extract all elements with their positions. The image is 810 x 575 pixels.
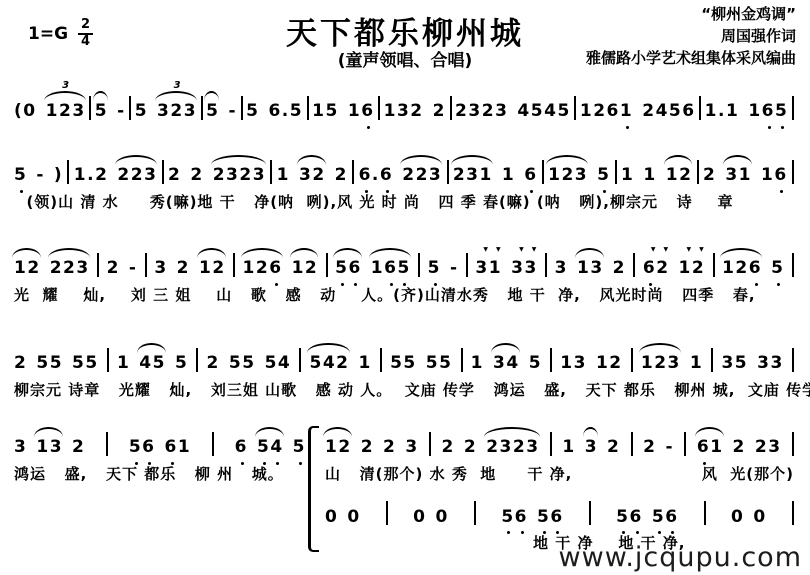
measure: 222323	[168, 152, 266, 186]
note-group: 2323	[213, 152, 266, 186]
music-row: 25555145525554542155551345131212313533	[14, 340, 794, 374]
note-group: 12	[199, 245, 226, 279]
measure: 61223	[697, 424, 782, 458]
note: 1	[46, 102, 59, 121]
note-group: 1	[502, 152, 515, 186]
note: 6	[682, 102, 695, 121]
note: 2	[607, 438, 620, 457]
note-group: 0	[413, 494, 426, 528]
note-group: 123	[641, 340, 681, 374]
slur-arc	[546, 155, 588, 165]
note: 1	[117, 354, 130, 373]
barline	[386, 501, 388, 525]
note-group: 4545	[517, 88, 570, 122]
note-group: 5	[206, 88, 219, 122]
barline	[212, 432, 214, 456]
note: 4	[270, 438, 283, 457]
note: 3	[154, 259, 167, 278]
measure: 5-)	[14, 152, 63, 186]
note-group: 2323	[455, 88, 508, 122]
note: 5	[616, 508, 629, 527]
slur-arc	[93, 91, 108, 101]
note-group: 55	[36, 340, 63, 374]
note-group: 542	[309, 340, 349, 374]
note: 6	[630, 508, 643, 527]
note-group: 1	[621, 152, 634, 186]
lyrics-line: 柳宗元 诗章 光耀 灿, 刘三姐 山歌 感 动 人。 文庙 传学 鸿运 盛, 天…	[14, 379, 794, 400]
note: 3	[493, 354, 506, 373]
note-group: 165	[371, 245, 411, 279]
measure: 1455	[117, 340, 188, 374]
note-group: 2	[207, 340, 220, 374]
note-group: 5	[428, 245, 441, 279]
note: 2	[642, 102, 655, 121]
note: 1	[199, 259, 212, 278]
barline	[162, 160, 164, 184]
low-octave-dot	[521, 531, 524, 534]
note: 5	[293, 438, 306, 457]
barline	[129, 96, 131, 120]
note: 5	[775, 102, 788, 121]
note: 5	[36, 354, 49, 373]
note: 2	[453, 166, 466, 185]
note: 5	[242, 354, 255, 373]
barline	[145, 253, 147, 277]
note-group: -	[129, 245, 138, 279]
note: 2	[256, 259, 269, 278]
note: 1	[312, 102, 325, 121]
note: 2	[27, 259, 40, 278]
note: -	[129, 259, 138, 278]
low-octave-dot	[603, 190, 606, 193]
slur-arc	[323, 427, 352, 437]
note: 5	[531, 102, 544, 121]
measure: 00	[413, 494, 449, 528]
note: 1	[621, 166, 634, 185]
measure: 00	[731, 494, 767, 528]
note: 6	[550, 508, 563, 527]
note-group: 1.1	[705, 88, 740, 122]
measure: 3212	[154, 245, 225, 279]
note: 2	[455, 102, 468, 121]
note: 3	[226, 166, 239, 185]
note: 4	[323, 354, 336, 373]
note-group: 2	[168, 152, 181, 186]
note: 2	[59, 102, 72, 121]
note-group: 2	[190, 152, 203, 186]
note-group: 55	[426, 340, 453, 374]
note: 2	[733, 438, 746, 457]
measure: 1112	[621, 152, 692, 186]
measure: 2-	[643, 424, 674, 458]
note-group: 0	[753, 494, 766, 528]
note: 3	[184, 102, 197, 121]
slur-arc	[115, 155, 157, 165]
slur-arc	[369, 248, 411, 258]
slur-arc	[197, 248, 226, 258]
note: 2	[464, 438, 477, 457]
watermark-url: www.jcqupu.com	[559, 542, 802, 573]
note: 3	[405, 438, 418, 457]
barline	[97, 253, 99, 277]
note: -	[228, 102, 237, 121]
note: 6	[665, 508, 678, 527]
note-group: 2	[613, 245, 626, 279]
note-group: ▼▼62	[643, 245, 670, 279]
low-octave-dot	[299, 462, 302, 465]
measure: 1.2223	[74, 152, 158, 186]
measure: 1.1165	[705, 88, 789, 122]
note: 1	[577, 259, 590, 278]
measure: 2-	[107, 245, 138, 279]
note: 5	[175, 354, 188, 373]
triplet-number: 3	[62, 80, 69, 91]
slur-arc	[491, 343, 520, 353]
note: 5	[771, 259, 784, 278]
barline	[697, 160, 699, 184]
note: 5	[95, 102, 108, 121]
slur-arc	[241, 248, 283, 258]
note: 5	[257, 438, 270, 457]
note: 0	[731, 508, 744, 527]
note-group: 33	[757, 340, 784, 374]
barline	[241, 96, 243, 120]
note-group: 132	[384, 88, 424, 122]
slur-arc	[297, 155, 326, 165]
note: 2	[561, 166, 574, 185]
barline	[550, 348, 552, 372]
barline	[67, 160, 69, 184]
low-octave-dot	[135, 462, 138, 465]
note-group: 3	[585, 424, 598, 458]
note: 6	[643, 259, 656, 278]
upper-lyrics-a: 山 清(那个) 水 秀 地 干 净,	[325, 463, 572, 484]
note: 3	[511, 259, 524, 278]
note-group: 13	[577, 245, 604, 279]
note: 2	[416, 166, 429, 185]
note-group: 6	[235, 424, 248, 458]
music-row: 00005656565600	[325, 494, 794, 528]
note: 1	[277, 166, 290, 185]
upper-voice-notes: 122232223231322-61223	[325, 424, 794, 458]
note-group: 12	[666, 152, 693, 186]
duet-lead-part: 313256616545 鸿运 盛, 天下 都乐 柳 州 城。	[14, 424, 306, 484]
note: 6	[384, 259, 397, 278]
voice-bracket	[308, 426, 319, 552]
note-group: 15	[312, 88, 339, 122]
low-octave-dot	[781, 126, 784, 129]
note: 6	[359, 166, 372, 185]
note: 2	[656, 259, 669, 278]
note-group: 5	[529, 340, 542, 374]
barline	[196, 348, 198, 372]
note-group: 165	[748, 88, 788, 122]
note: 5	[135, 102, 148, 121]
low-octave-dot	[755, 283, 758, 286]
note-group: 12	[14, 245, 41, 279]
low-octave-dot	[367, 126, 370, 129]
note: 6	[697, 438, 710, 457]
note: 6	[380, 166, 393, 185]
note: 2	[335, 166, 348, 185]
duet-chorus-part: 122232223231322-61223 山 清(那个) 水 秀 地 干 净,…	[325, 424, 794, 553]
slur-arc	[400, 155, 442, 165]
note-group: 231	[453, 152, 493, 186]
note-group: 2456	[642, 88, 695, 122]
note-group: 55	[390, 340, 417, 374]
note-group: 3	[555, 245, 568, 279]
measure: 56165	[335, 245, 411, 279]
note-group: 1	[471, 340, 484, 374]
note: 6	[268, 102, 281, 121]
note: 3	[500, 438, 513, 457]
note-group: 2	[383, 424, 396, 458]
note: 4	[278, 354, 291, 373]
note-group: 223	[402, 152, 442, 186]
note: 4	[656, 102, 669, 121]
note-group: -	[117, 88, 126, 122]
note: 1	[348, 102, 361, 121]
low-octave-dot	[386, 190, 389, 193]
note-group: 55	[229, 340, 256, 374]
note-group: 0	[436, 494, 449, 528]
note: 1	[36, 438, 49, 457]
barline	[545, 253, 547, 277]
note: 3	[429, 166, 442, 185]
note-group: 5	[246, 88, 259, 122]
system-verse-1: 5-)1.222322232313226.6223231161235111223…	[14, 152, 794, 212]
note-group: 1261	[580, 88, 633, 122]
measure: 5656	[501, 494, 563, 528]
low-octave-dot	[341, 283, 344, 286]
measure: 1345	[471, 340, 542, 374]
note: 5	[390, 354, 403, 373]
note-group: 23	[755, 424, 782, 458]
measure: 5555	[390, 340, 452, 374]
note: 1	[679, 259, 692, 278]
note-group: 2	[733, 424, 746, 458]
note: 5	[597, 166, 610, 185]
note-group: 223	[50, 245, 90, 279]
measure: 12223	[325, 424, 419, 458]
measure: 3132	[555, 245, 626, 279]
slur-arc	[723, 155, 752, 165]
note-group: 61	[697, 424, 724, 458]
note-group: 3	[405, 424, 418, 458]
note-group: 56	[652, 494, 679, 528]
note: 2	[170, 102, 183, 121]
measure: ▼▼31▼▼33	[475, 245, 537, 279]
measure: 56.5	[246, 88, 303, 122]
note-group: 6.5	[268, 88, 303, 122]
low-octave-dot	[649, 283, 652, 286]
note-group: 32	[299, 152, 326, 186]
note: 2	[692, 259, 705, 278]
barline	[466, 253, 468, 277]
slur-arc	[583, 427, 598, 437]
note-group: 5	[135, 88, 148, 122]
low-octave-dot	[530, 190, 533, 193]
note-group: 1	[562, 424, 575, 458]
measure: 23234545	[455, 88, 571, 122]
note: 2	[654, 354, 667, 373]
measure: 53323	[135, 88, 197, 122]
note-group: 16	[348, 88, 375, 122]
note: 5	[290, 102, 303, 121]
barline	[550, 432, 552, 456]
slur-arc	[484, 427, 539, 437]
note: 2	[402, 166, 415, 185]
note: 0	[347, 508, 360, 527]
note: 3	[526, 438, 539, 457]
note: 3	[524, 259, 537, 278]
note: 5	[501, 508, 514, 527]
barline	[326, 253, 328, 277]
note-group: 56	[129, 424, 156, 458]
barline	[461, 348, 463, 372]
note: 2	[336, 354, 349, 373]
note: .	[372, 166, 380, 185]
low-octave-dot	[275, 283, 278, 286]
system-duet: 313256616545 鸿运 盛, 天下 都乐 柳 州 城。 12223222…	[14, 424, 794, 553]
note-group: 2	[703, 152, 716, 186]
barline	[704, 501, 706, 525]
note-group: 1	[690, 340, 703, 374]
note: 2	[213, 166, 226, 185]
note: 3	[721, 354, 734, 373]
note: 6	[142, 438, 155, 457]
measure: (03123	[14, 88, 86, 122]
note: 2	[679, 166, 692, 185]
measure: 1322	[277, 152, 348, 186]
note: 1	[502, 166, 515, 185]
music-row: 313256616545	[14, 424, 306, 458]
note: 3	[757, 354, 770, 373]
note-group: 2	[14, 340, 27, 374]
music-sheet-page: 1=G 24 天下都乐柳州城 (童声领唱、合唱) “柳州金鸡调” 周国强作词 雅…	[0, 0, 810, 575]
note: 5	[265, 354, 278, 373]
note: 5	[129, 438, 142, 457]
barline	[270, 160, 272, 184]
measure: 222323	[442, 424, 540, 458]
note: 1	[666, 166, 679, 185]
note: 0	[325, 508, 338, 527]
measure: ▼▼62▼▼12	[643, 245, 705, 279]
note-group: 2	[643, 424, 656, 458]
note: 5	[652, 508, 665, 527]
note: 5	[669, 102, 682, 121]
system-verse-2: 122232-321212612561655-▼▼31▼▼333132▼▼62▼…	[14, 245, 794, 305]
note: 2	[410, 102, 423, 121]
note: 6	[348, 259, 361, 278]
note: 1	[710, 438, 723, 457]
note: 3	[575, 166, 588, 185]
note: 3	[72, 102, 85, 121]
low-octave-dot	[390, 283, 393, 286]
note: 2	[63, 259, 76, 278]
measure: 5661	[129, 424, 191, 458]
note: 6	[361, 102, 374, 121]
lead-lyrics: 鸿运 盛, 天下 都乐 柳 州 城。	[14, 463, 306, 484]
barline	[233, 253, 235, 277]
measure: 1322	[384, 88, 446, 122]
note: -	[450, 259, 459, 278]
barline	[699, 96, 701, 120]
accent-marks: ▼▼	[643, 246, 670, 253]
note: -	[666, 438, 675, 457]
note-group: 1.2	[74, 152, 109, 186]
note-group: 54	[257, 424, 284, 458]
accent-marks: ▼▼	[679, 246, 706, 253]
low-octave-dot	[241, 462, 244, 465]
note: 5	[50, 354, 63, 373]
music-row: 5-)1.222322232313226.6223231161235111223…	[14, 152, 794, 186]
note-group: 45	[139, 340, 166, 374]
note: 2	[131, 166, 144, 185]
note: 5	[153, 354, 166, 373]
note-group: 0	[731, 494, 744, 528]
note: 1	[596, 354, 609, 373]
triplet-arc	[44, 91, 86, 101]
note: 1	[325, 438, 338, 457]
note: 5	[72, 354, 85, 373]
lead-notes: 313256616545	[14, 424, 306, 458]
note: 1	[384, 102, 397, 121]
measure: 6545	[235, 424, 306, 458]
note: 5	[557, 102, 570, 121]
barline	[450, 96, 452, 120]
note: 4	[544, 102, 557, 121]
measure: 1235	[548, 152, 610, 186]
measure: 12223	[14, 245, 90, 279]
note: .	[87, 166, 95, 185]
slur-arc	[664, 155, 693, 165]
note: 0	[436, 508, 449, 527]
credits: “柳州金鸡调” 周国强作词 雅儒路小学艺术组集体采风编曲	[586, 4, 796, 69]
note: 2	[703, 166, 716, 185]
note: 0	[413, 508, 426, 527]
note: 0	[23, 102, 36, 121]
note-group: 56	[616, 494, 643, 528]
note: 1	[690, 354, 703, 373]
slur-arc	[290, 248, 319, 258]
note: 2	[643, 438, 656, 457]
measure: 5-	[95, 88, 126, 122]
note: 1	[560, 354, 573, 373]
note: 3	[50, 438, 63, 457]
slur-arc	[333, 248, 362, 258]
barline	[713, 253, 715, 277]
note: 5	[537, 508, 550, 527]
note: 1	[371, 259, 384, 278]
low-octave-dot	[365, 190, 368, 193]
note: 6	[524, 166, 537, 185]
note-group: 5	[175, 340, 188, 374]
slur-arc	[12, 248, 41, 258]
barline	[631, 432, 633, 456]
note: 2	[312, 166, 325, 185]
note: 2	[361, 438, 374, 457]
note: 3	[397, 102, 410, 121]
note: 1	[178, 438, 191, 457]
note-group: 0	[325, 494, 338, 528]
note: 2	[433, 102, 446, 121]
low-octave-dot	[434, 283, 437, 286]
note: 1	[480, 166, 493, 185]
note: 6	[165, 438, 178, 457]
note: 5	[397, 259, 410, 278]
note: -	[117, 102, 126, 121]
